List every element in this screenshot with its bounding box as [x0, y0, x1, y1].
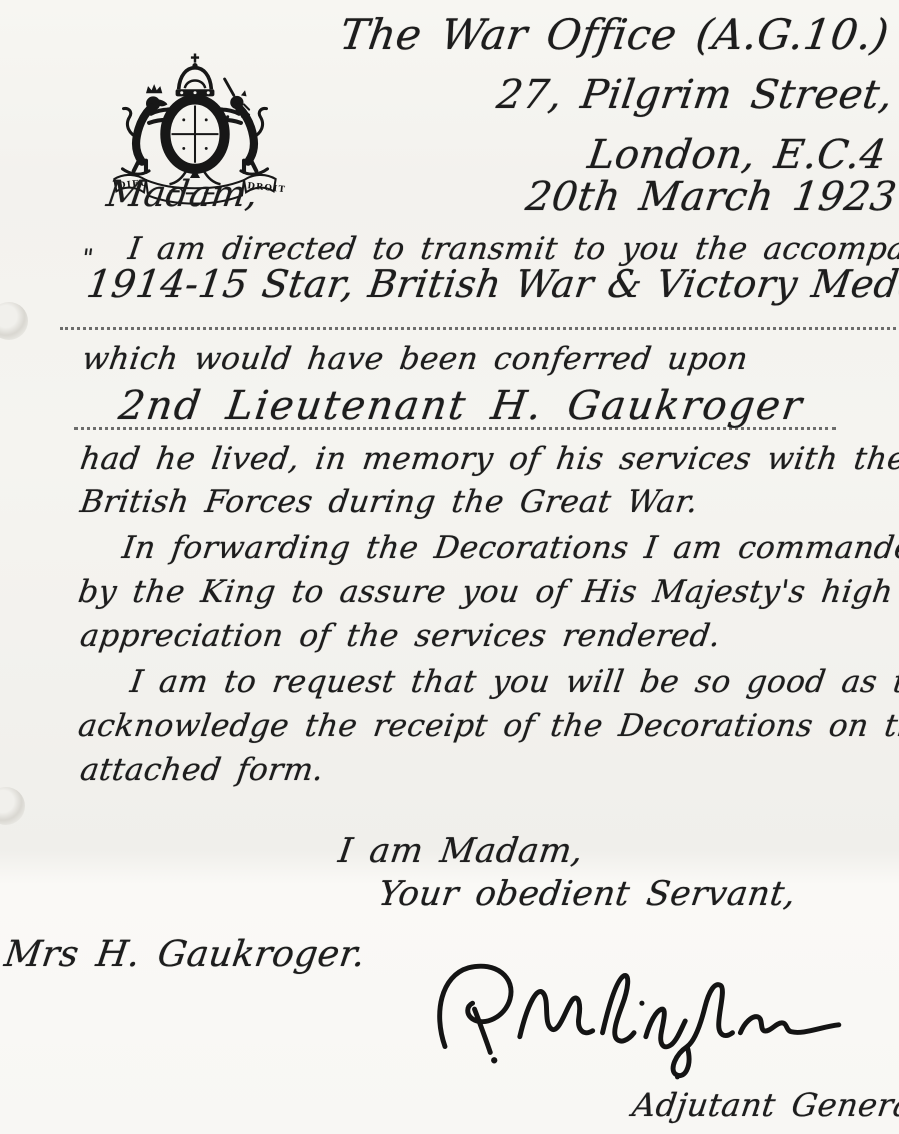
body-forwarding-line-3: appreciation of the services rendered. — [78, 618, 723, 654]
body-conferred-line: which would have been conferred upon — [80, 341, 750, 377]
addressee-name: Mrs H. Gaukroger. — [2, 934, 368, 975]
body-request-line-2: acknowledge the receipt of the Decoratio… — [76, 708, 899, 744]
recipient-name-line: 2nd Lieutenant H. Gaukroger — [116, 383, 806, 429]
sender-street-line: 27, Pilgrim Street, — [494, 72, 896, 118]
sender-office-line: The War Office (A.G.10.) — [337, 10, 892, 59]
dotted-underline — [74, 427, 836, 430]
body-forwarding-line-2: by the King to assure you of His Majesty… — [76, 574, 895, 610]
signature-scrawl — [424, 952, 848, 1080]
body-request-line-1: I am to request that you will be so good… — [128, 664, 899, 700]
body-forwarding-line-1: In forwarding the Decorations I am comma… — [120, 530, 899, 566]
closing-line-2: Your obedient Servant, — [376, 874, 798, 914]
sender-city-line: London, E.C.4 — [585, 132, 889, 178]
medals-line: 1914-15 Star, British War & Victory Meda… — [84, 262, 899, 306]
signatory-title: Adjutant General. — [630, 1086, 899, 1124]
body-memory-line-2: British Forces during the Great War. — [78, 484, 700, 520]
body-memory-line-1: had he lived, in memory of his services … — [78, 441, 899, 477]
letter-date: 20th March 1923 — [523, 174, 899, 220]
dotted-underline — [60, 327, 896, 330]
punch-hole — [0, 787, 25, 825]
letter-page: DIEU DROIT The War Office (A.G.10.) 27, … — [0, 0, 899, 1134]
body-request-line-3: attached form. — [78, 752, 326, 788]
garter-shield-icon — [165, 99, 224, 184]
punch-hole — [0, 302, 28, 340]
closing-line-1: I am Madam, — [336, 831, 586, 871]
crown-icon — [176, 53, 215, 96]
salutation: Madam, — [104, 174, 261, 215]
